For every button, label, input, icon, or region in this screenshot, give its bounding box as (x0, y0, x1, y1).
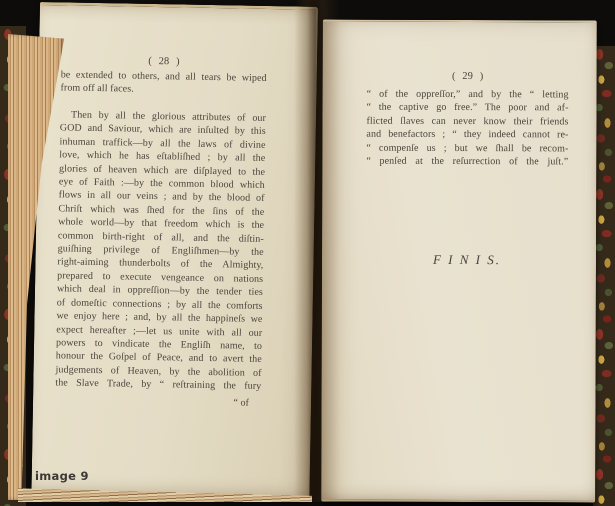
book-photograph: ( 28 ) be extended to others, and all te… (0, 0, 615, 506)
book-gutter-shadow (294, 0, 340, 502)
text-line: the Slave Trade, by “ reſtraining the fu… (55, 376, 261, 393)
image-index-label: image 9 (35, 469, 89, 483)
text-line: “ penſed at the reſurrection of the juſt… (366, 155, 568, 169)
right-page-paragraph: “ of the oppreſſor,” and by the “ lettin… (366, 88, 568, 169)
catchword: “ of (55, 393, 249, 410)
text-line: “ the captive go free.” The poor and af- (367, 101, 569, 115)
text-line: and benefactors ; “ they indeed cannot r… (366, 128, 568, 142)
page-number-right: ( 29 ) (367, 70, 569, 84)
page-number-left: ( 28 ) (61, 53, 267, 70)
book-left-page: ( 28 ) be extended to others, and all te… (31, 2, 318, 500)
text-line: flicted ſlaves can never know their frie… (366, 114, 568, 128)
left-page-paragraph-1: be extended to others, and all tears be … (60, 68, 266, 98)
finis-text: F I N I S. (366, 253, 568, 267)
left-page-paragraph-2: Then by all the glorious attributes of o… (55, 108, 266, 393)
text-line: “ compenſe us ; but we ſhall be recom- (366, 141, 568, 155)
text-line: “ of the oppreſſor,” and by the “ lettin… (367, 88, 569, 102)
book-right-page: ( 29 ) “ of the oppreſſor,” and by the “… (321, 20, 597, 503)
